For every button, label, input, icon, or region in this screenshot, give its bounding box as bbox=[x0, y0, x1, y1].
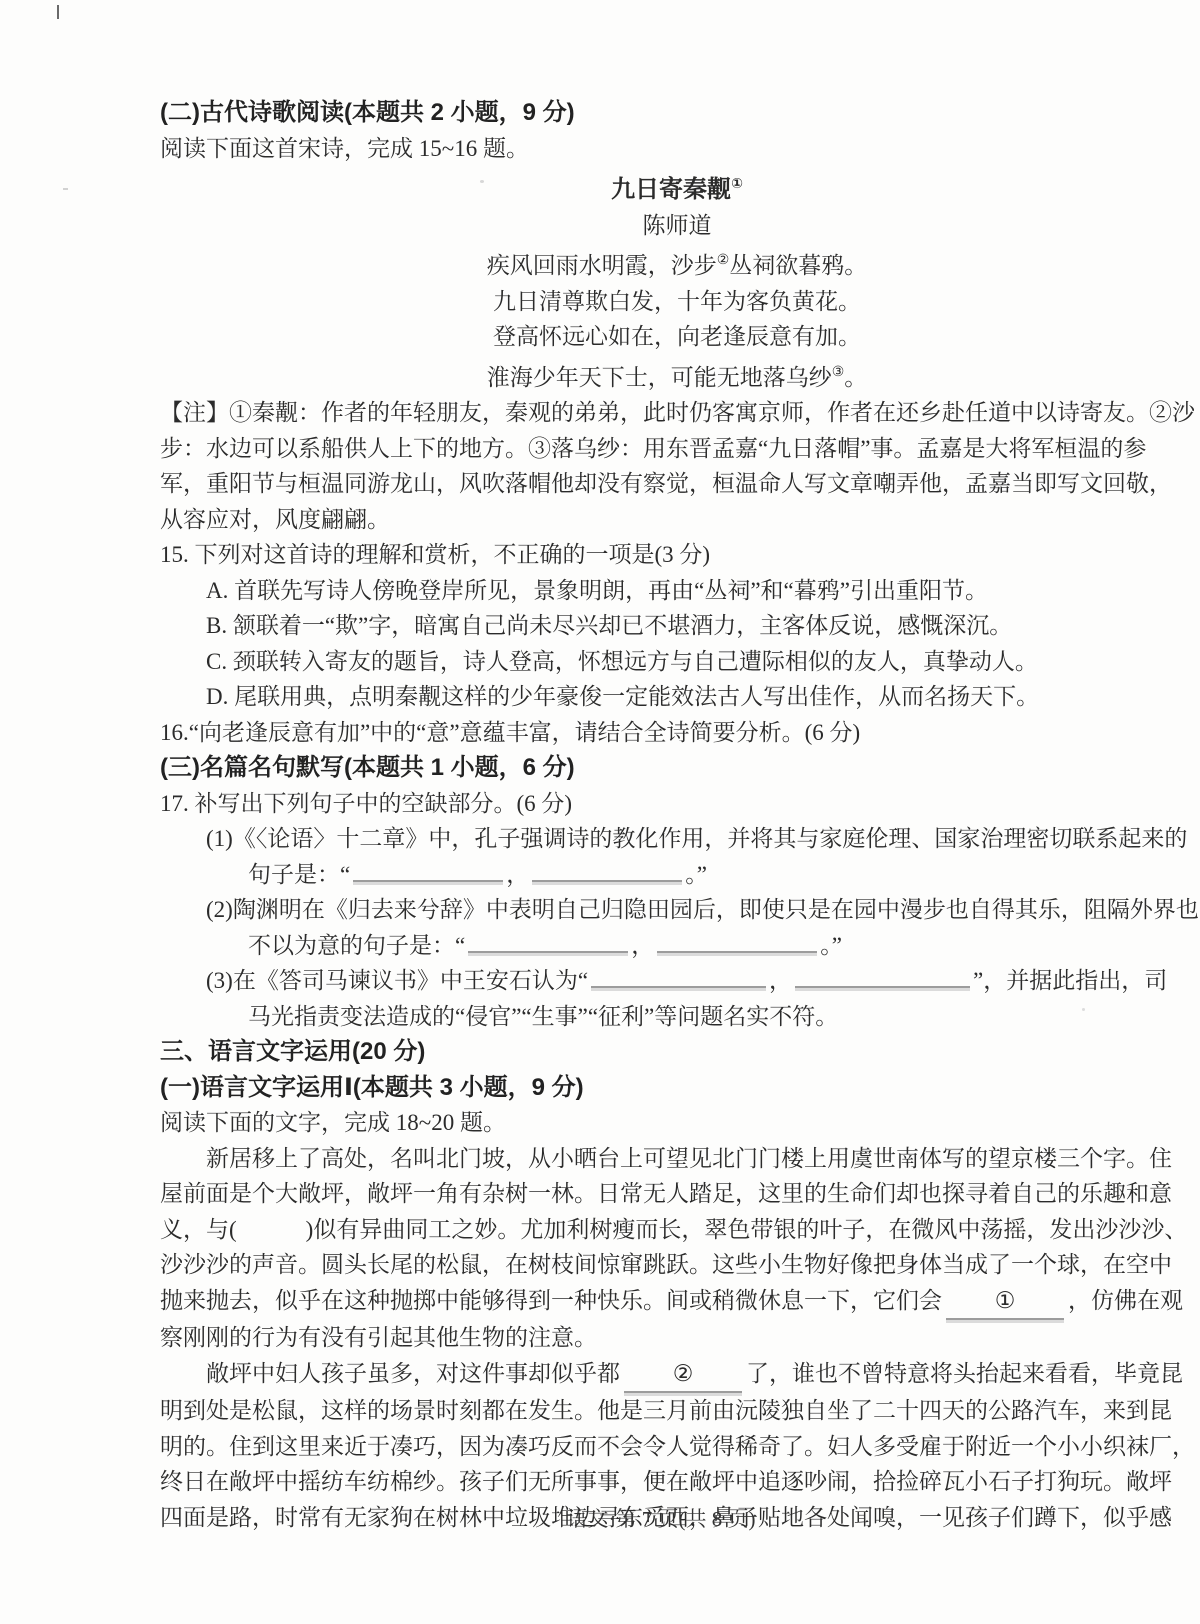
section-language-sub-header: (一)语言文字运用Ⅰ(本题共 3 小题，9 分) bbox=[160, 1070, 1122, 1106]
q17-item1-lead: 句子是：“ bbox=[248, 862, 350, 887]
section-poetry-intro: 阅读下面这首宋诗，完成 15~16 题。 bbox=[160, 131, 1122, 167]
scan-artifact bbox=[57, 5, 59, 19]
answer-blank bbox=[353, 874, 503, 882]
poem-note-line: 步：水边可以系船供人上下的地方。③落乌纱：用东晋孟嘉“九日落帽”事。孟嘉是大将军… bbox=[160, 431, 1122, 467]
answer-blank bbox=[532, 874, 682, 882]
poem-note-line: 军，重阳节与桓温同游龙山，风吹落帽他却没有察觉，桓温命人写文章嘲弄他，孟嘉当即写… bbox=[160, 466, 1122, 502]
poem-line-4-rest: 。 bbox=[844, 365, 867, 390]
q17-item2-line2: 不以为意的句子是：“，。” bbox=[160, 928, 1122, 964]
section-language-intro: 阅读下面的文字，完成 18~20 题。 bbox=[160, 1105, 1122, 1141]
section-dictation-header: (三)名篇名句默写(本题共 1 小题，6 分) bbox=[160, 750, 1122, 786]
poem-line-3: 登高怀远心如在，向老逢辰意有加。 bbox=[232, 319, 1122, 355]
passage-line: 屋前面是个大敞坪，敞坪一角有杂树一林。日常无人踏足，这里的生命们却也探寻着自己的… bbox=[160, 1176, 1122, 1212]
passage-blank1-post: ，仿佛在观 bbox=[1068, 1288, 1183, 1313]
q17-item2-comma: ， bbox=[631, 933, 654, 958]
passage-blank-line-1: 抛来抛去，似乎在这种抛掷中能够得到一种快乐。间或稍微休息一下，它们会①，仿佛在观 bbox=[160, 1283, 1122, 1321]
section-poetry-header: (二)古代诗歌阅读(本题共 2 小题，9 分) bbox=[160, 95, 1122, 131]
passage-line: 明的。住到这里来近于凑巧，因为凑巧反而不会令人觉得稀奇了。妇人多受雇于附近一个小… bbox=[160, 1429, 1122, 1465]
footnote-marker-1: ① bbox=[731, 175, 743, 191]
q17-item3-line1: (3)在《答司马谏议书》中王安石认为“，”，并据此指出，司 bbox=[160, 963, 1122, 999]
q17-item2-line1: (2)陶渊明在《归去来兮辞》中表明自己归隐田园后，即使只是在园中漫步也自得其乐，… bbox=[160, 892, 1122, 928]
q17-item3-lead: (3)在《答司马谏议书》中王安石认为“ bbox=[206, 968, 588, 993]
page-content: (二)古代诗歌阅读(本题共 2 小题，9 分) 阅读下面这首宋诗，完成 15~1… bbox=[160, 95, 1122, 1535]
question-15-option-c: C. 颈联转入寄友的题旨，诗人登高，怀想远方与自己遭际相似的友人，真挚动人。 bbox=[160, 644, 1122, 680]
question-15-option-d: D. 尾联用典，点明秦觏这样的少年豪俊一定能效法古人写出佳作，从而名扬天下。 bbox=[160, 679, 1122, 715]
q17-item1-comma: ， bbox=[506, 862, 529, 887]
question-15-option-a: A. 首联先写诗人傍晚登岸所见，景象明朗，再由“丛祠”和“暮鸦”引出重阳节。 bbox=[160, 573, 1122, 609]
poem-line-4: 淮海少年天下士，可能无地落乌纱③。 bbox=[232, 355, 1122, 396]
passage-line: 终日在敞坪中摇纺车纺棉纱。孩子们无所事事，便在敞坪中追逐吵闹，拾捡碎瓦小石子打狗… bbox=[160, 1464, 1122, 1500]
scan-speckle bbox=[63, 188, 68, 190]
exam-page: (二)古代诗歌阅读(本题共 2 小题，9 分) 阅读下面这首宋诗，完成 15~1… bbox=[0, 0, 1200, 1624]
poem-line-1-rest: 丛祠欲暮鸦。 bbox=[729, 253, 867, 278]
page-footer: 语文·第 7 页(共 8 页) bbox=[0, 1502, 1200, 1538]
poem-note-line: 【注】①秦觏：作者的年轻朋友，秦观的弟弟，此时仍客寓京师，作者在还乡赴任道中以诗… bbox=[160, 395, 1122, 431]
q17-item2-lead: 不以为意的句子是：“ bbox=[248, 933, 465, 958]
question-16-stem: 16.“向老逢辰意有加”中的“意”意蕴丰富，请结合全诗简要分析。(6 分) bbox=[160, 715, 1122, 751]
passage-blank2-pre: 敞坪中妇人孩子虽多，对这件事却似乎都 bbox=[160, 1361, 620, 1386]
poem-line-1-text: 疾风回雨水明霞，沙步 bbox=[487, 253, 717, 278]
passage-line: 沙沙沙的声音。圆头长尾的松鼠，在树枝间惊窜跳跃。这些小生物好像把身体当成了一个球… bbox=[160, 1247, 1122, 1283]
section-language-header: 三、语言文字运用(20 分) bbox=[160, 1034, 1122, 1070]
answer-blank bbox=[657, 945, 817, 953]
q17-item1-line1: (1)《〈论语〉十二章》中，孔子强调诗的教化作用，并将其与家庭伦理、国家治理密切… bbox=[160, 821, 1122, 857]
passage-blank1-pre: 抛来抛去，似乎在这种抛掷中能够得到一种快乐。间或稍微休息一下，它们会 bbox=[160, 1288, 942, 1313]
q17-item1-close: 。” bbox=[685, 862, 707, 887]
poem-title: 九日寄秦觏① bbox=[232, 166, 1122, 208]
passage-line: 义，与( )似有异曲同工之妙。尤加利树瘦而长，翠色带银的叶子，在微风中荡摇，发出… bbox=[160, 1212, 1122, 1248]
poem-line-2: 九日清尊欺白发，十年为客负黄花。 bbox=[232, 284, 1122, 320]
q17-item2-close: 。” bbox=[820, 933, 842, 958]
poem-line-4-text: 淮海少年天下士，可能无地落乌纱 bbox=[487, 365, 832, 390]
numbered-blank-2: ② bbox=[624, 1356, 742, 1394]
poem-block: 九日寄秦觏① 陈师道 疾风回雨水明霞，沙步②丛祠欲暮鸦。 九日清尊欺白发，十年为… bbox=[232, 166, 1122, 395]
question-15-option-b: B. 颔联着一“欺”字，暗寓自己尚未尽兴却已不堪酒力，主客体反说，感慨深沉。 bbox=[160, 608, 1122, 644]
passage-line: 察刚刚的行为有没有引起其他生物的注意。 bbox=[160, 1320, 1122, 1356]
passage-blank-line-2: 敞坪中妇人孩子虽多，对这件事却似乎都②了，谁也不曾特意将头抬起来看看，毕竟昆 bbox=[160, 1356, 1122, 1394]
answer-blank bbox=[795, 980, 970, 988]
poem-line-1: 疾风回雨水明霞，沙步②丛祠欲暮鸦。 bbox=[232, 243, 1122, 284]
q17-item3-line2: 马光指责变法造成的“侵官”“生事”“征利”等问题名实不符。 bbox=[160, 999, 1122, 1035]
passage-line: 新居移上了高处，名叫北门坡，从小晒台上可望见北门门楼上用虞世南体写的望京楼三个字… bbox=[160, 1141, 1122, 1177]
q17-item1-line2: 句子是：“，。” bbox=[160, 857, 1122, 893]
question-17-stem: 17. 补写出下列句子中的空缺部分。(6 分) bbox=[160, 786, 1122, 822]
numbered-blank-1: ① bbox=[946, 1283, 1064, 1321]
q17-item3-tail: ”，并据此指出，司 bbox=[973, 968, 1167, 993]
footnote-marker-3: ③ bbox=[832, 365, 845, 380]
answer-blank bbox=[468, 945, 628, 953]
passage-blank2-post: 了，谁也不曾特意将头抬起来看看，毕竟昆 bbox=[746, 1361, 1183, 1386]
poem-author: 陈师道 bbox=[232, 208, 1122, 244]
question-15-stem: 15. 下列对这首诗的理解和赏析，不正确的一项是(3 分) bbox=[160, 537, 1122, 573]
poem-title-text: 九日寄秦觏 bbox=[611, 176, 731, 203]
answer-blank bbox=[591, 980, 766, 988]
q17-item3-comma: ， bbox=[769, 968, 792, 993]
footnote-marker-2: ② bbox=[717, 253, 730, 268]
passage-line: 明到处是松鼠，这样的场景时刻都在发生。他是三月前由沅陵独自坐了二十四天的公路汽车… bbox=[160, 1393, 1122, 1429]
poem-note-line: 从容应对，风度翩翩。 bbox=[160, 502, 1122, 538]
